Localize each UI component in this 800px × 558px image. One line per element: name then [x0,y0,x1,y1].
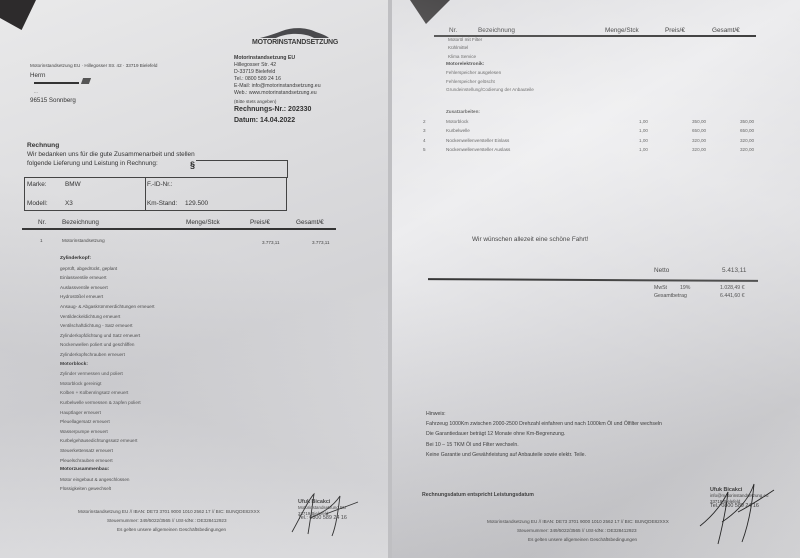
fid-label: F.-ID-Nr.: [147,181,173,188]
vat-rate: 19% [680,285,690,291]
notes-heading: Hinweis: [426,411,446,417]
wish-text: Wir wünschen allezeit eine schöne Fahrt! [472,236,589,243]
company-phone: Tel.: 0800 589 24 16 [234,76,281,82]
invoice-date: Datum: 14.04.2022 [234,117,295,124]
background-corner [0,0,36,30]
col-description: Bezeichnung [62,219,99,226]
frame-line [196,160,288,161]
item-price: 650,00 [692,128,706,133]
invoice-page-2: Nr. Bezeichnung Menge/Stck Preis/€ Gesam… [392,0,800,558]
frame-line [287,160,288,178]
work-item: Nockenwellen poliert und geschliffen [60,342,134,347]
item-total: 650,00 [740,128,754,133]
item-price: 3.773,11 [262,240,280,245]
header-rule [434,35,756,37]
net-value: 5.413,11 [722,267,746,274]
work-item: Zylinder vermessen und poliert [60,371,123,376]
footer-bank: Motorinstandsetzung EU // IBAN: DE73 370… [78,509,260,514]
item-total: 320,00 [740,147,754,152]
work-item: Fehlerspeicher ausgelesen [446,70,501,75]
redaction-scribble [81,78,91,84]
car-logo-icon [258,27,330,39]
item-qty: 1,00 [639,119,648,124]
note-line: Bei 10 – 15 TKM Öl und Filter wechseln. [426,442,519,448]
item-total: 350,00 [740,119,754,124]
note-line: Fahrzeug 1000Km zwischen 2000-2500 Drehz… [426,421,662,427]
gross-value: 6.441,60 € [720,293,745,299]
work-item: Kurbelwelle vermessen & zapfen poliert [60,400,141,405]
km-value: 129.500 [185,200,208,207]
item-description: Motorblock [446,119,468,124]
footer-bank: Motorinstandsetzung EU // IBAN: DE73 370… [487,519,669,524]
company-city: D-33719 Bielefeld [234,69,275,75]
company-street: Hillegosser Str. 42 [234,62,276,68]
item-total: 320,00 [740,138,754,143]
work-item: Motoröl mit Filter [448,37,482,42]
footer-tax: Steuernummer: 349/5022/3565 // USt-IdNr.… [107,518,227,523]
invoice-date-note: Rechnungsdatum entspricht Leistungsdatum [422,492,534,498]
work-item: Pleuelschrauben erneuert [60,458,113,463]
make-value: BMW [65,181,81,188]
work-item: Klima Service [448,54,476,59]
work-item: Ventildeckeldichtung erneuert [60,314,120,319]
section-heading: Motorelektronik: [446,62,484,67]
item-qty: 1,00 [639,147,648,152]
company-logo: MOTORINSTANDSETZUNG [252,27,334,49]
recipient-line3: ... [34,89,38,94]
footer-terms: Es gelten unsere allgemeinen Geschäftsbe… [528,537,637,542]
section-heading: Motorblock: [60,362,88,367]
col-description: Bezeichnung [478,27,515,34]
km-label: Km-Stand: [147,200,177,207]
item-description: Kurbelwelle [446,128,470,133]
section-heading: Motorzusammenbau: [60,467,109,472]
vat-value: 1.028,49 € [720,285,745,291]
work-item: Kurbelgehäusedichtungssatz erneuert [60,438,137,443]
item-description: Nockenwellenversteller Einlass [446,138,509,143]
work-item: Kühlmittel [448,45,468,50]
work-item: Pleuellagersatz erneuert [60,419,110,424]
redaction-mark: § [190,160,195,170]
item-price: 320,00 [692,138,706,143]
col-total: Gesamt/€ [712,27,740,34]
make-label: Marke: [27,181,47,188]
work-item: geprüft, abgedrückt, geplant [60,266,117,271]
work-item: Fehlerspeicher gelöscht [446,79,495,84]
col-price: Preis/€ [665,27,685,34]
item-nr: 1 [40,238,43,243]
col-qty: Menge/Stck [605,27,639,34]
company-note: (Bitte stets angeben) [234,99,276,104]
item-description: Motorinstandsetzung [62,238,105,243]
work-item: Ventilschaftdichtung - Satz erneuert [60,323,133,328]
work-item: Hydrostößel erneuert [60,294,103,299]
item-qty: 1,00 [639,128,648,133]
model-label: Modell: [27,200,48,207]
gross-label: Gesamtbetrag [654,293,687,299]
work-item: Grundeinstellung/Codierung der Anbauteil… [446,87,534,92]
item-total: 3.773,11 [312,240,330,245]
vat-label: MwSt [654,285,667,291]
vehicle-info-box: Marke: BMW Modell: X3 F.-ID-Nr.: Km-Stan… [24,177,287,211]
sender-line: Motorinstandsetzung EU · Hillegosser Str… [30,63,157,68]
work-item: Zylinderkopfschrauben erneuert [60,352,125,357]
work-item: Kolben + Kolbenringsatz erneuert [60,390,128,395]
item-price: 320,00 [692,147,706,152]
work-item: Steuerkettensatz erneuert [60,448,113,453]
company-email: E-Mail: info@motorinstandsetzung.eu [234,83,321,89]
model-value: X3 [65,200,73,207]
section-heading: Zylinderkopf: [60,256,91,261]
intro-line-2: folgende Lieferung und Leistung in Rechn… [27,160,158,167]
work-item: Zylinderkopfdichtung und Satz erneuert [60,333,140,338]
item-price: 350,00 [692,119,706,124]
work-item: Flüssigkeiten gewechselt [60,486,111,491]
col-nr: Nr. [38,219,46,226]
invoice-page-1: Motorinstandsetzung EU · Hillegosser Str… [0,0,392,558]
work-item: Ansaug- & Abgaskrümmerdichtungen erneuer… [60,304,154,309]
signature [692,478,782,548]
work-item: Auslassventile erneuert [60,285,108,290]
document-title: Rechnung [27,142,59,149]
footer-tax: Steuernummer: 349/5022/3565 // USt-IdNr.… [517,528,637,533]
footer-terms: Es gelten unsere allgemeinen Geschäftsbe… [117,527,226,532]
intro-line-1: Wir bedanken uns für die gute Zusammenar… [27,151,195,158]
totals-rule [428,278,758,281]
company-name: Motorinstandsetzung EU [234,55,295,61]
header-rule [22,228,336,230]
col-price: Preis/€ [250,219,270,226]
col-nr: Nr. [449,27,457,34]
note-line: Die Garantiedauer beträgt 12 Monate ohne… [426,431,565,437]
background-corner [410,0,450,24]
work-item: Hauptlager erneuert [60,410,101,415]
signature [286,488,366,538]
work-item: Einlassventile erneuert [60,275,106,280]
recipient-name: Herrn [30,72,45,79]
company-web: Web.: www.motorinstandsetzung.eu [234,90,317,96]
item-qty: 1,00 [639,138,648,143]
col-qty: Menge/Stck [186,219,220,226]
col-total: Gesamt/€ [296,219,324,226]
recipient-city: 96515 Sonnberg [30,97,76,104]
note-line: Keine Garantie und Gewährleistung auf An… [426,452,586,458]
work-item: Motorblock gereinigt [60,381,101,386]
item-nr: 5 [423,147,426,152]
item-nr: 3 [423,128,426,133]
redacted-street [34,82,79,84]
work-item: Motor eingebaut & angeschlossen [60,477,129,482]
invoice-number: Rechnungs-Nr.: 202330 [234,106,311,113]
net-label: Netto [654,267,669,274]
work-item: Wasserpumpe erneuert [60,429,108,434]
extra-heading: Zusatzarbeiten: [446,109,480,114]
item-description: Nockenwellenversteller Auslass [446,147,510,152]
item-nr: 4 [423,138,426,143]
item-nr: 2 [423,119,426,124]
